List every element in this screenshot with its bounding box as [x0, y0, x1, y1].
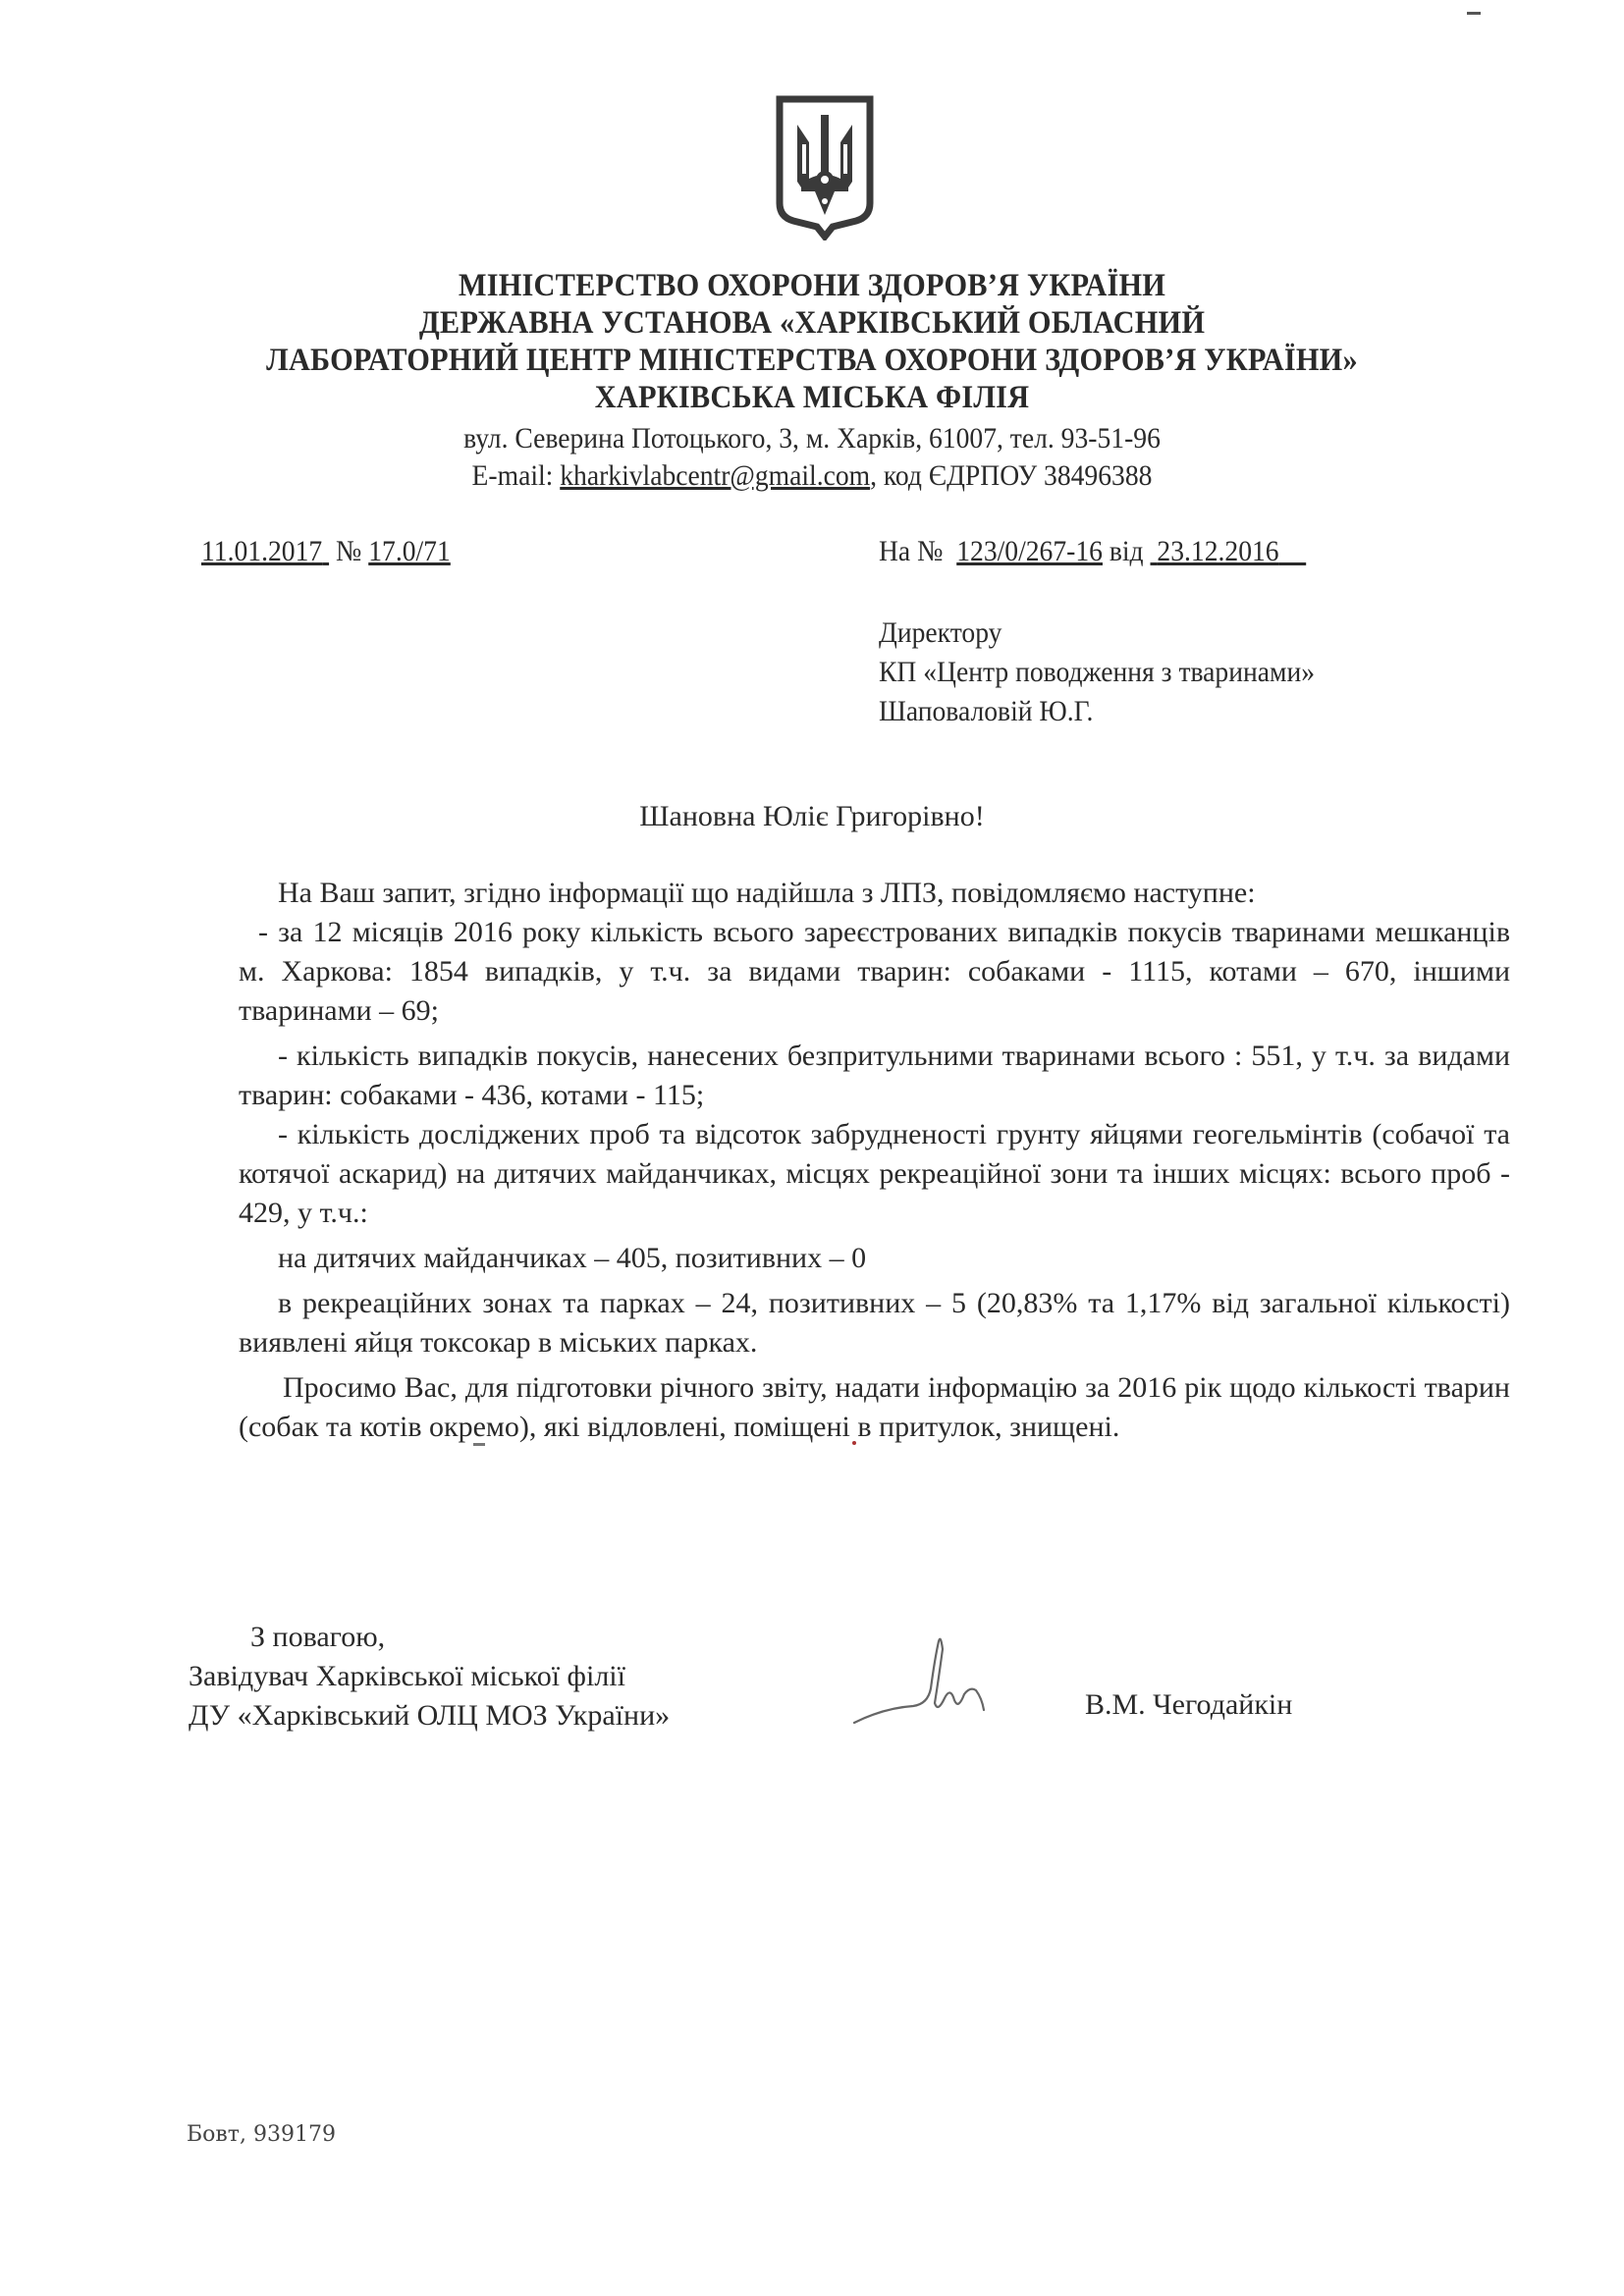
reply-label: На №: [879, 535, 943, 567]
body-item-recreation-zones: в рекреаційних зонах та парках – 24, поз…: [239, 1284, 1510, 1362]
body-item-bites-total: - за 12 місяців 2016 року кількість всьо…: [239, 913, 1510, 1031]
body-item-soil-samples: - кількість досліджених проб та відсоток…: [239, 1115, 1510, 1233]
closing-position-line2: ДУ «Харківський ОЛЦ МОЗ України»: [189, 1696, 670, 1735]
incoming-reference: На № 123/0/267-16 від 23.12.2016: [879, 535, 1306, 568]
letterhead-address: вул. Северина Потоцького, 3, м. Харків, …: [65, 420, 1559, 457]
letterhead-ministry: МІНІСТЕРСТВО ОХОРОНИ ЗДОРОВ’Я УКРАЇНИ: [65, 267, 1559, 304]
reply-from-label: від: [1110, 535, 1144, 567]
body-intro: На Ваш запит, згідно інформації що надій…: [239, 874, 1510, 913]
outgoing-number: 17.0/71: [368, 535, 451, 567]
scan-mark: [1467, 12, 1481, 15]
reply-number: 123/0/267-16: [956, 535, 1103, 567]
letter-body: На Ваш запит, згідно інформації що надій…: [239, 874, 1510, 1447]
executor-note: Бовт, 939179: [187, 2122, 336, 2147]
greeting: Шановна Юліє Григорівно!: [0, 800, 1624, 833]
signature: [844, 1629, 1041, 1737]
body-item-bites-stray: - кількість випадків покусів, нанесених …: [239, 1037, 1510, 1115]
coat-of-arms-icon: [776, 93, 874, 240]
scan-speck: [852, 1441, 856, 1445]
scan-speck: [473, 1443, 485, 1446]
letterhead: МІНІСТЕРСТВО ОХОРОНИ ЗДОРОВ’Я УКРАЇНИ ДЕ…: [0, 267, 1624, 495]
closing-regards: З повагою,: [250, 1618, 670, 1657]
letterhead-contacts: E-mail: kharkivlabcentr@gmail.com, код Є…: [65, 457, 1559, 495]
outgoing-date: 11.01.2017: [201, 535, 322, 567]
addressee-name: Шаповаловій Ю.Г.: [879, 692, 1315, 731]
reply-date: 23.12.2016: [1157, 535, 1278, 567]
closing-block: З повагою, Завідувач Харківської міської…: [250, 1618, 670, 1735]
letterhead-institution-line1: ДЕРЖАВНА УСТАНОВА «ХАРКІВСЬКИЙ ОБЛАСНИЙ: [65, 304, 1559, 342]
letterhead-institution-line2: ЛАБОРАТОРНИЙ ЦЕНТР МІНІСТЕРСТВА ОХОРОНИ …: [65, 342, 1559, 379]
email-label: E-mail:: [472, 459, 561, 492]
outgoing-reference: 11.01.2017 № 17.0/71: [201, 535, 451, 568]
addressee-block: Директору КП «Центр поводження з тварина…: [879, 614, 1315, 731]
body-item-playgrounds: на дитячих майданчиках – 405, позитивних…: [239, 1239, 1510, 1278]
addressee-position: Директору: [879, 614, 1315, 653]
email-link[interactable]: kharkivlabcentr@gmail.com: [560, 459, 870, 492]
closing-position-line1: Завідувач Харківської міської філії: [189, 1657, 670, 1696]
addressee-organization: КП «Центр поводження з тваринами»: [879, 653, 1315, 692]
signer-name: В.М. Чегодайкін: [1085, 1688, 1292, 1722]
number-label: №: [336, 535, 361, 567]
edrpou-code: , код ЄДРПОУ 38496388: [870, 459, 1152, 492]
letterhead-branch: ХАРКІВСЬКА МІСЬКА ФІЛІЯ: [65, 379, 1559, 416]
body-request: Просимо Вас, для підготовки річного звіт…: [239, 1368, 1510, 1447]
